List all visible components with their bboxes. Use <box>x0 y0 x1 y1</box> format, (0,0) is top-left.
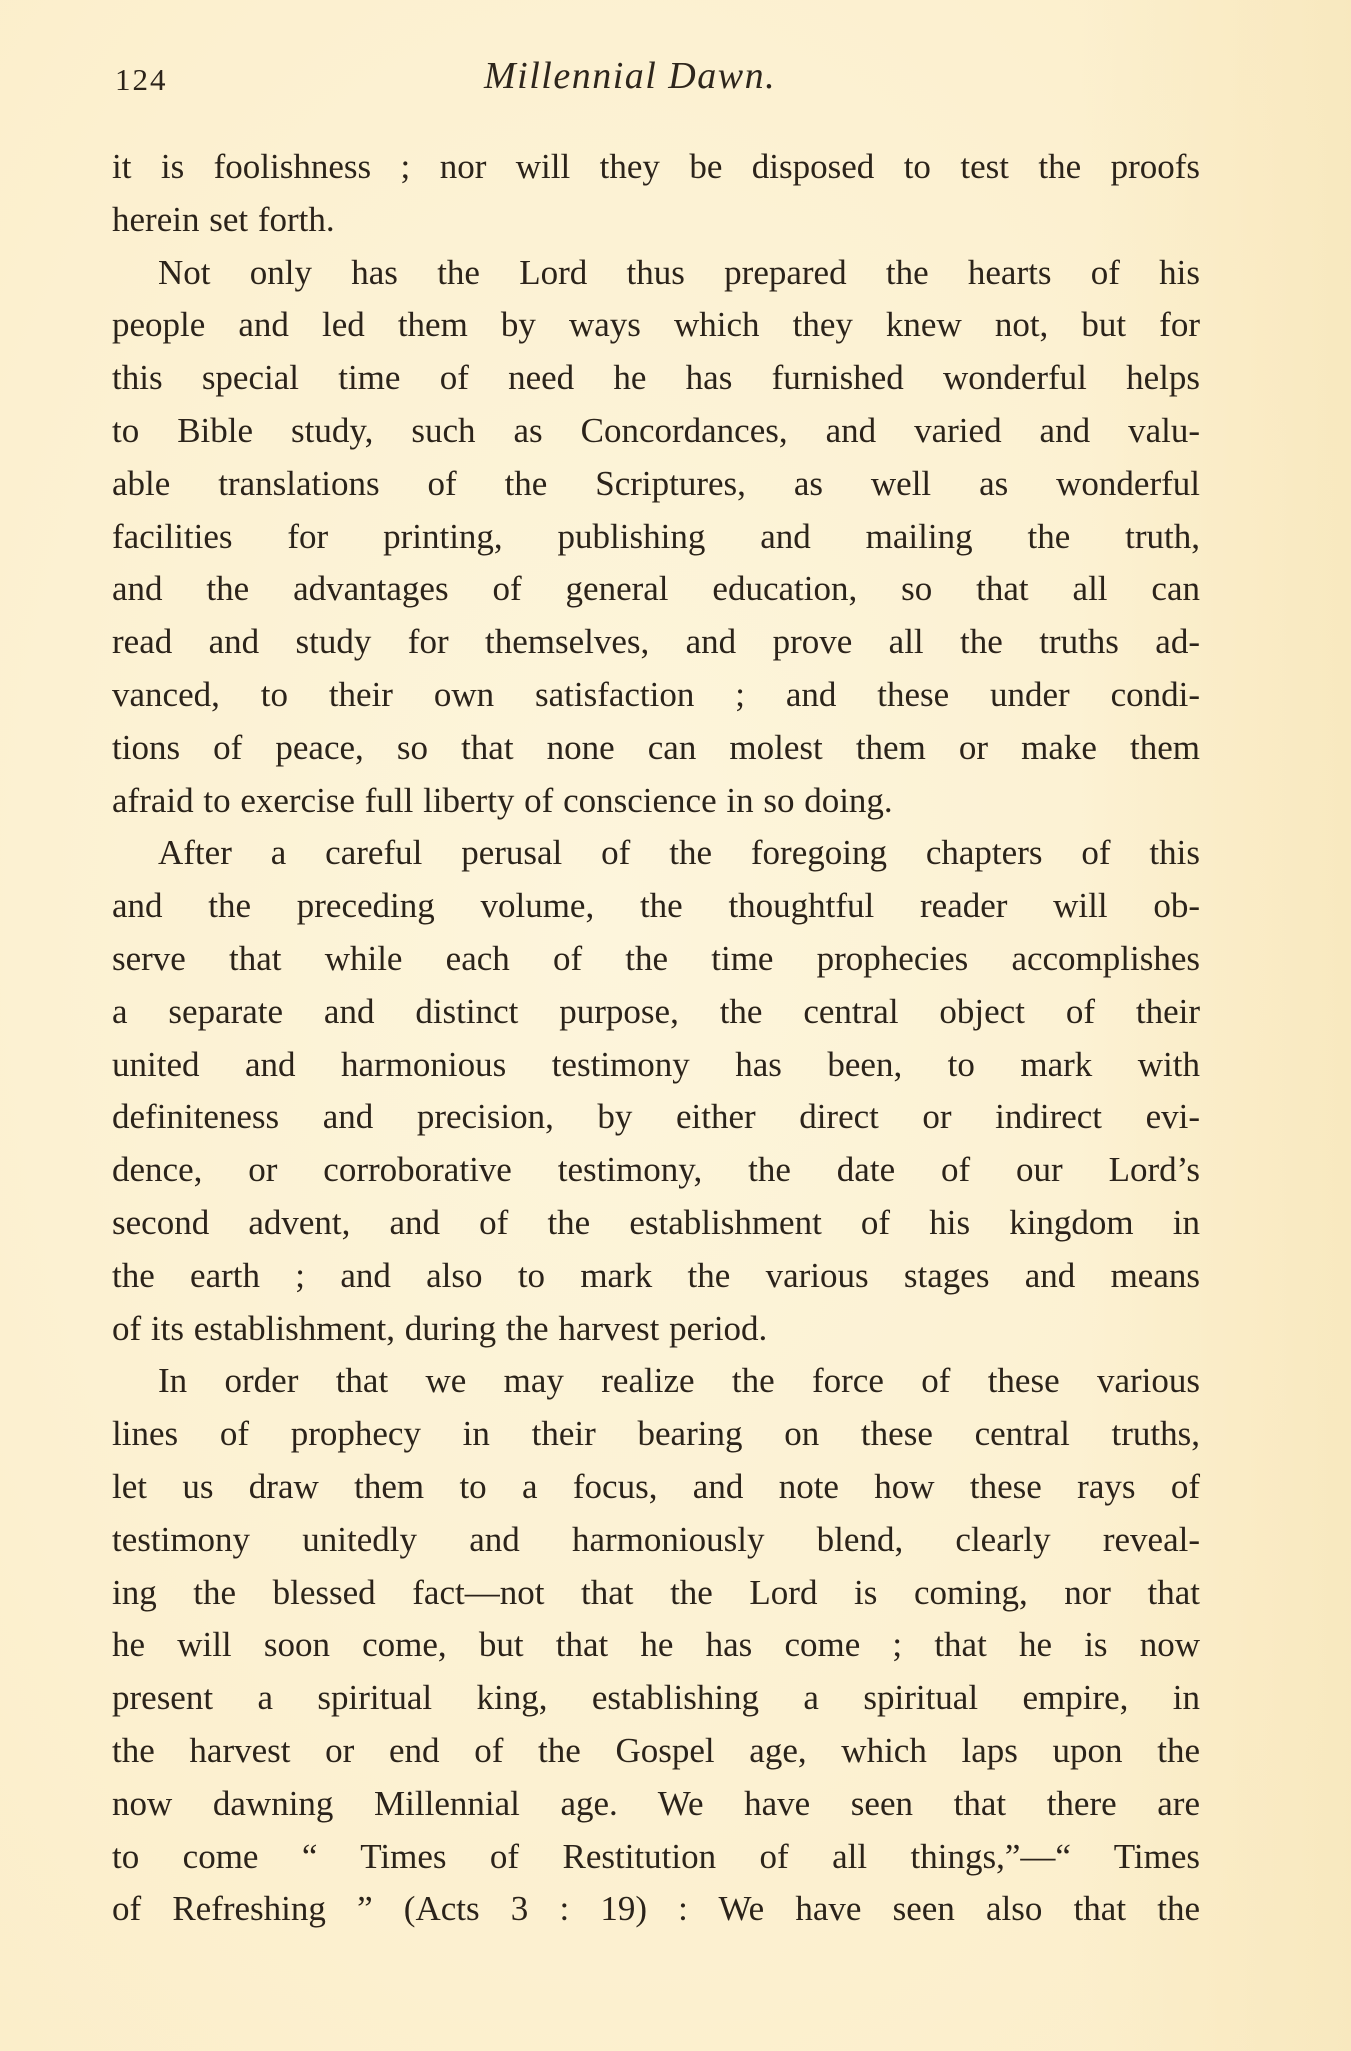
text-line: herein set forth. <box>112 194 1200 247</box>
text-line: definiteness and precision, by either di… <box>112 1091 1200 1144</box>
text-line: Not only has the Lord thus prepared the … <box>112 247 1200 300</box>
text-line: it is foolishness ; nor will they be dis… <box>112 141 1200 194</box>
page-number: 124 <box>115 60 168 100</box>
paragraph-1: it is foolishness ; nor will they be dis… <box>112 141 1200 247</box>
text-line: of Refreshing ” (Acts 3 : 19) : We have … <box>112 1883 1200 1936</box>
text-line: read and study for themselves, and prove… <box>112 616 1200 669</box>
body-text: it is foolishness ; nor will they be dis… <box>112 141 1200 1936</box>
paragraph-3: After a careful perusal of the foregoing… <box>112 827 1200 1355</box>
paragraph-4: In order that we may realize the force o… <box>112 1355 1200 1936</box>
text-line: After a careful perusal of the foregoing… <box>112 827 1200 880</box>
text-line: of its establishment, during the harvest… <box>112 1303 1200 1356</box>
text-line: united and harmonious testimony has been… <box>112 1039 1200 1092</box>
text-line: and the advantages of general education,… <box>112 563 1200 616</box>
text-line: able translations of the Scriptures, as … <box>112 458 1200 511</box>
text-line: the earth ; and also to mark the various… <box>112 1250 1200 1303</box>
text-line: ing the blessed fact—not that the Lord i… <box>112 1567 1200 1620</box>
text-line: people and led them by ways which they k… <box>112 299 1200 352</box>
paragraph-2: Not only has the Lord thus prepared the … <box>112 247 1200 828</box>
text-line: now dawning Millennial age. We have seen… <box>112 1778 1200 1831</box>
text-line: lines of prophecy in their bearing on th… <box>112 1408 1200 1461</box>
text-line: facilities for printing, publishing and … <box>112 511 1200 564</box>
running-head: 124 Millennial Dawn. <box>112 56 1200 100</box>
running-title: Millennial Dawn. <box>484 56 776 96</box>
text-line: this special time of need he has furnish… <box>112 352 1200 405</box>
text-line: In order that we may realize the force o… <box>112 1355 1200 1408</box>
text-line: let us draw them to a focus, and note ho… <box>112 1461 1200 1514</box>
text-line: vanced, to their own satisfaction ; and … <box>112 669 1200 722</box>
text-line: afraid to exercise full liberty of consc… <box>112 775 1200 828</box>
text-line: present a spiritual king, establishing a… <box>112 1672 1200 1725</box>
text-line: dence, or corroborative testimony, the d… <box>112 1144 1200 1197</box>
text-line: and the preceding volume, the thoughtful… <box>112 880 1200 933</box>
text-line: second advent, and of the establishment … <box>112 1197 1200 1250</box>
text-line: serve that while each of the time prophe… <box>112 933 1200 986</box>
text-line: to come “ Times of Restitution of all th… <box>112 1831 1200 1884</box>
text-line: testimony unitedly and harmoniously blen… <box>112 1514 1200 1567</box>
book-page: 124 Millennial Dawn. it is foolishness ;… <box>0 0 1351 2051</box>
text-line: a separate and distinct purpose, the cen… <box>112 986 1200 1039</box>
text-line: he will soon come, but that he has come … <box>112 1619 1200 1672</box>
text-line: the harvest or end of the Gospel age, wh… <box>112 1725 1200 1778</box>
text-line: to Bible study, such as Concordances, an… <box>112 405 1200 458</box>
text-line: tions of peace, so that none can molest … <box>112 722 1200 775</box>
